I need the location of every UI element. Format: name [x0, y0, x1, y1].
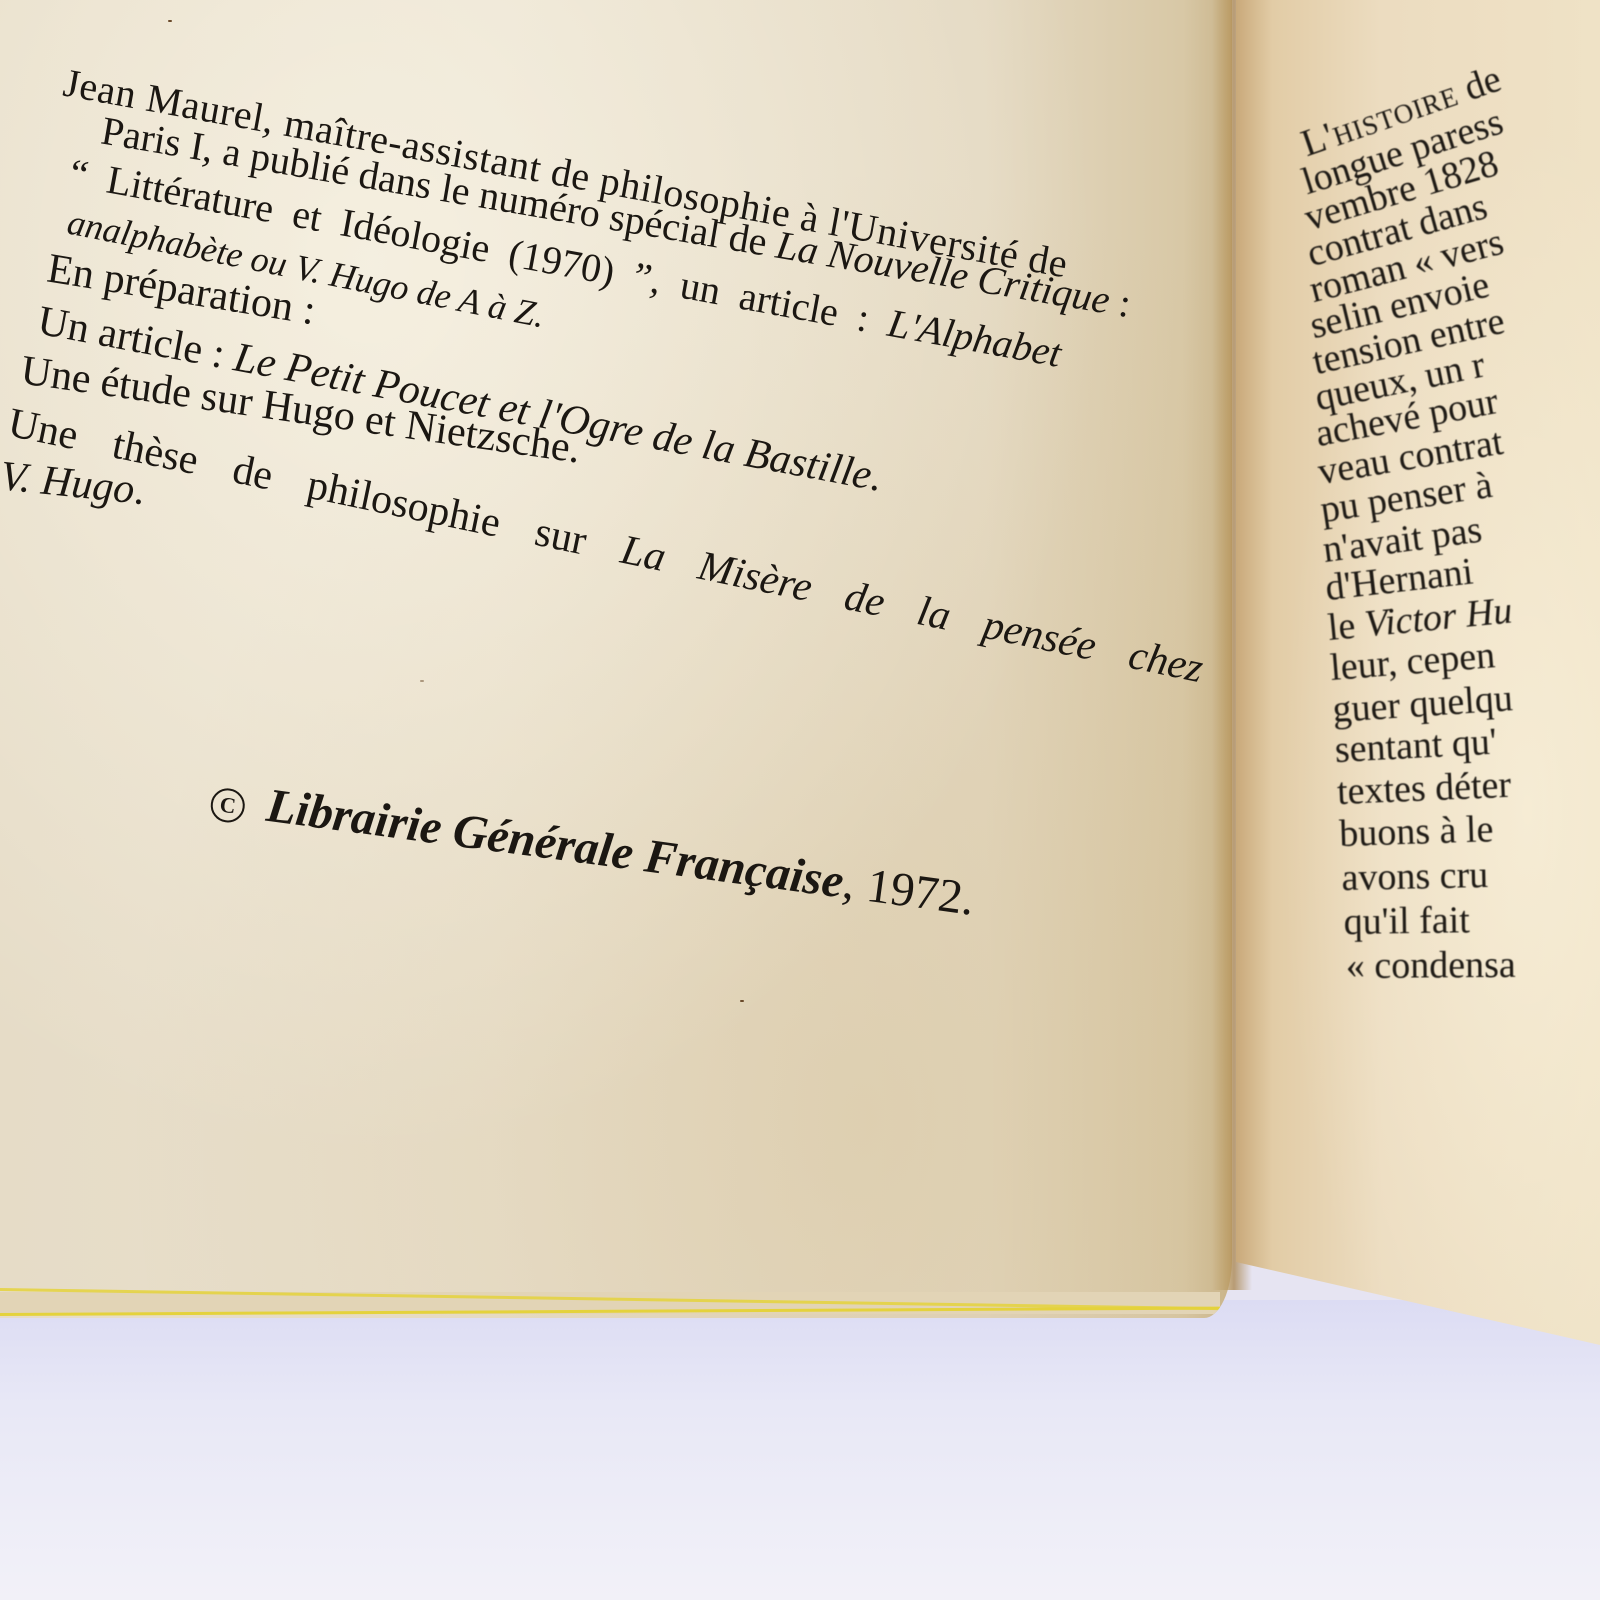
- right-line-21: qu'il fait: [1343, 898, 1470, 944]
- right-line-text: le: [1326, 604, 1367, 649]
- table-surface: [0, 1300, 1600, 1600]
- right-line-18: textes déter: [1336, 763, 1512, 814]
- right-page: L'histoire de longue paress vembre 1828 …: [1236, 0, 1600, 1350]
- copyright-year: , 1972.: [840, 856, 978, 926]
- right-line-20: avons cru: [1341, 853, 1489, 900]
- paper-speck: [740, 1000, 744, 1002]
- paper-speck: [420, 680, 424, 682]
- right-line-19: buons à le: [1339, 807, 1494, 856]
- item-title: La Misère de la pensée chez: [617, 527, 1207, 692]
- left-page: Jean Maurel, maître-assistant de philoso…: [0, 0, 1232, 1318]
- paper-speck: [168, 20, 172, 22]
- copyright-icon: C: [209, 786, 247, 824]
- publisher-name: Librairie Générale Française: [264, 779, 847, 908]
- right-line-22: « condensa: [1346, 943, 1516, 988]
- copyright-line: CLibrairie Générale Française, 1972.: [208, 770, 978, 926]
